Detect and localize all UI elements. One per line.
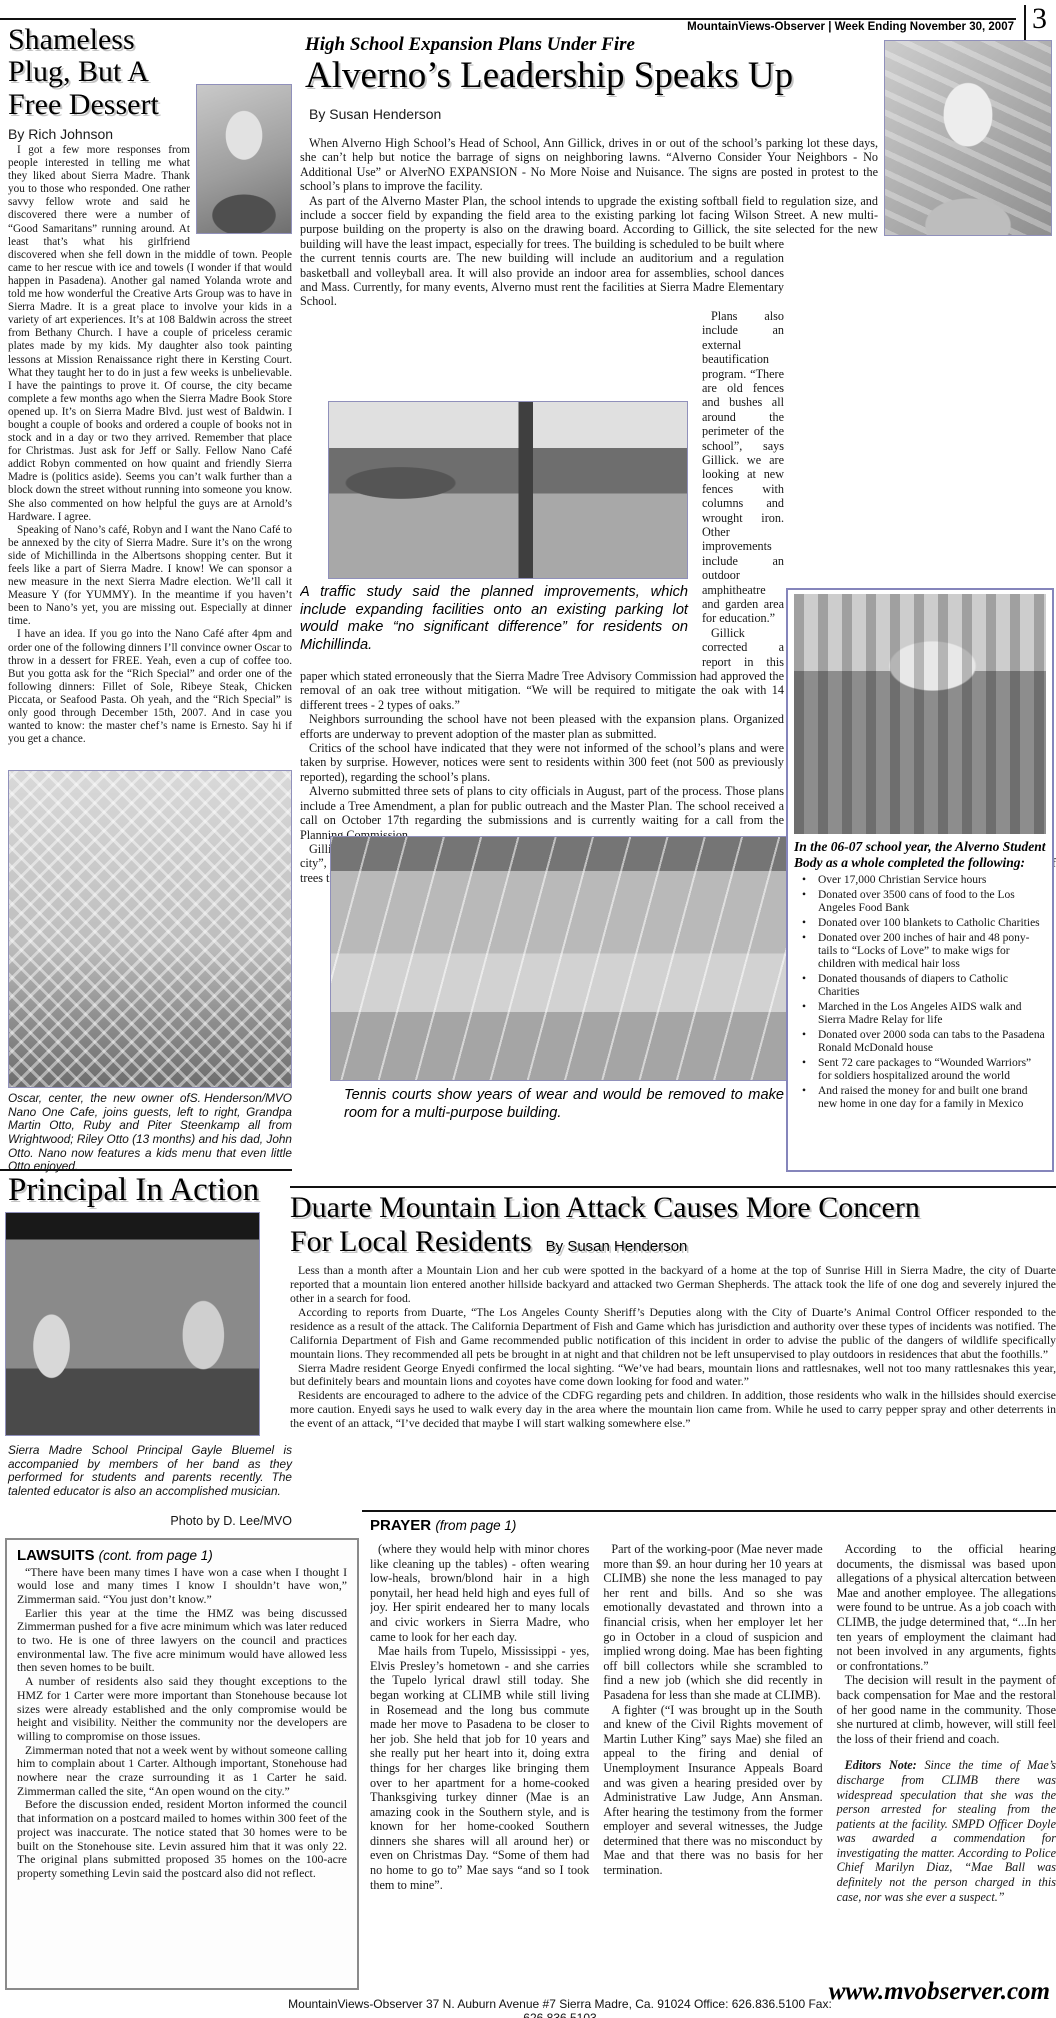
alverno-byline: By Susan Henderson xyxy=(309,106,441,123)
nano-cafe-photo xyxy=(8,770,292,1088)
sidebar-bullet: Donated thousands of diapers to Catholic… xyxy=(794,973,1046,999)
mountain-lion-article: Duarte Mountain Lion Attack Causes More … xyxy=(290,1191,1056,1513)
alverno-kicker: High School Expansion Plans Under Fire xyxy=(305,34,635,57)
mountain-lion-paragraph: According to reports from Duarte, “The L… xyxy=(290,1306,1056,1362)
masthead: MountainViews-Observer | Week Ending Nov… xyxy=(560,21,1014,35)
prayer-body: (where they would help with minor chores… xyxy=(370,1542,1056,1990)
shameless-plug-byline: By Rich Johnson xyxy=(8,126,113,143)
prayer-heading: PRAYER (from page 1) xyxy=(370,1516,516,1536)
prayer-paragraph: Part of the working-poor (Mae never made… xyxy=(603,1542,822,1703)
tennis-courts-figure: Tennis courts show years of wear and wou… xyxy=(330,836,790,1123)
tennis-courts-photo xyxy=(330,836,788,1081)
nano-cafe-caption: S. Henderson/MVO Oscar, center, the new … xyxy=(8,1092,292,1174)
shameless-paragraph: I have an idea. If you go into the Nano … xyxy=(8,628,292,746)
prayer-paragraph: (where they would help with minor chores… xyxy=(370,1542,589,1644)
section-rule xyxy=(290,1186,1056,1188)
campus-figure: A traffic study said the planned improve… xyxy=(300,401,692,655)
editors-note-text: Since the time of Mae’s discharge from C… xyxy=(837,1758,1056,1903)
sidebar-bullet: Donated over 100 blankets to Catholic Ch… xyxy=(794,917,1046,930)
newspaper-page: MountainViews-Observer | Week Ending Nov… xyxy=(0,0,1056,2018)
lawsuits-heading: LAWSUITS (cont. from page 1) xyxy=(17,1546,347,1566)
prayer-paragraph: A fighter (“I was brought up in the Sout… xyxy=(603,1703,822,1878)
lawsuits-paragraph: A number of residents also said they tho… xyxy=(17,1675,347,1744)
editors-note-label: Editors Note: xyxy=(845,1758,917,1772)
lawsuits-paragraph: Zimmerman noted that not a week went by … xyxy=(17,1744,347,1799)
campus-parking-photo xyxy=(328,401,688,579)
page-number-divider xyxy=(1024,5,1026,45)
shameless-plug-body: I got a few more responses from people i… xyxy=(8,144,292,770)
sidebar-bullet: Marched in the Los Angeles AIDS walk and… xyxy=(794,1001,1046,1027)
prayer-paragraph: The decision will result in the payment … xyxy=(837,1673,1056,1746)
sidebar-intro: In the 06-07 school year, the Alverno St… xyxy=(794,839,1046,871)
mountain-lion-paragraph: Less than a month after a Mountain Lion … xyxy=(290,1264,1056,1306)
tennis-courts-caption: Tennis courts show years of wear and wou… xyxy=(344,1087,784,1123)
page-number: 3 xyxy=(1032,4,1047,34)
alverno-body: When Alverno High School’s Head of Schoo… xyxy=(300,136,1056,1188)
lawsuits-continued-note: (cont. from page 1) xyxy=(99,1548,213,1563)
shameless-plug-title: Shameless Plug, But A Free Dessert xyxy=(8,24,203,121)
lawsuits-paragraph: Earlier this year at the time the HMZ wa… xyxy=(17,1607,347,1676)
prayer-paragraph: According to the official hearing docume… xyxy=(837,1542,1056,1673)
lawsuits-continuation-box: LAWSUITS (cont. from page 1) “There have… xyxy=(5,1538,359,1990)
principal-photo-credit: Photo by D. Lee/MVO xyxy=(8,1514,292,1529)
prayer-label: PRAYER xyxy=(370,1517,431,1534)
shameless-paragraph: Speaking of Nano’s café, Robyn and I wan… xyxy=(8,524,292,629)
principal-in-action-title: Principal In Action xyxy=(8,1174,259,1207)
principal-band-photo xyxy=(5,1212,260,1436)
prayer-paragraph: Mae hails from Tupelo, Mississippi - yes… xyxy=(370,1644,589,1892)
masthead-rule xyxy=(0,18,1016,20)
mountain-lion-paragraph: Sierra Madre resident George Enyedi conf… xyxy=(290,1362,1056,1390)
footer-address: MountainViews-Observer 37 N. Auburn Aven… xyxy=(250,1997,870,2018)
mountain-lion-byline: By Susan Henderson xyxy=(546,1238,688,1255)
principal-caption: Sierra Madre School Principal Gayle Blue… xyxy=(8,1444,292,1499)
alverno-student-body-sidebar: In the 06-07 school year, the Alverno St… xyxy=(786,588,1054,1172)
sidebar-bullet: Donated over 200 inches of hair and 48 p… xyxy=(794,932,1046,971)
nano-photo-credit: S. Henderson/MVO xyxy=(190,1092,292,1106)
lawsuits-paragraph: Before the discussion ended, resident Mo… xyxy=(17,1798,347,1880)
sidebar-bullet-list: Over 17,000 Christian Service hours Dona… xyxy=(794,874,1046,1111)
mountain-lion-title-line1: Duarte Mountain Lion Attack Causes More … xyxy=(290,1191,1056,1225)
footer-website: www.mvobserver.com xyxy=(829,1978,1050,2006)
sidebar-bullet: Donated over 3500 cans of food to the Lo… xyxy=(794,889,1046,915)
lawsuits-body: “There have been many times I have won a… xyxy=(17,1566,347,1881)
mountain-lion-body: Less than a month after a Mountain Lion … xyxy=(290,1264,1056,1431)
sidebar-bullet: Over 17,000 Christian Service hours xyxy=(794,874,1046,887)
lawsuits-paragraph: “There have been many times I have won a… xyxy=(17,1566,347,1607)
sidebar-bullet: Donated over 2000 soda can tabs to the P… xyxy=(794,1029,1046,1055)
traffic-study-caption: A traffic study said the planned improve… xyxy=(300,584,688,655)
mountain-lion-paragraph: Residents are encouraged to adhere to th… xyxy=(290,1389,1056,1431)
editors-note: Editors Note: Since the time of Mae’s di… xyxy=(837,1758,1056,1904)
section-rule xyxy=(362,1510,1056,1512)
prayer-continued-note: (from page 1) xyxy=(435,1518,516,1533)
alverno-students-photo xyxy=(794,594,1046,834)
lawsuits-label: LAWSUITS xyxy=(17,1547,95,1564)
mountain-lion-title-line2: For Local ResidentsBy Susan Henderson xyxy=(290,1225,1056,1259)
sidebar-bullet: And raised the money for and built one b… xyxy=(794,1085,1046,1111)
alverno-title: Alverno’s Leadership Speaks Up xyxy=(305,56,793,97)
section-rule xyxy=(0,1169,292,1171)
sidebar-bullet: Sent 72 care packages to “Wounded Warrio… xyxy=(794,1057,1046,1083)
